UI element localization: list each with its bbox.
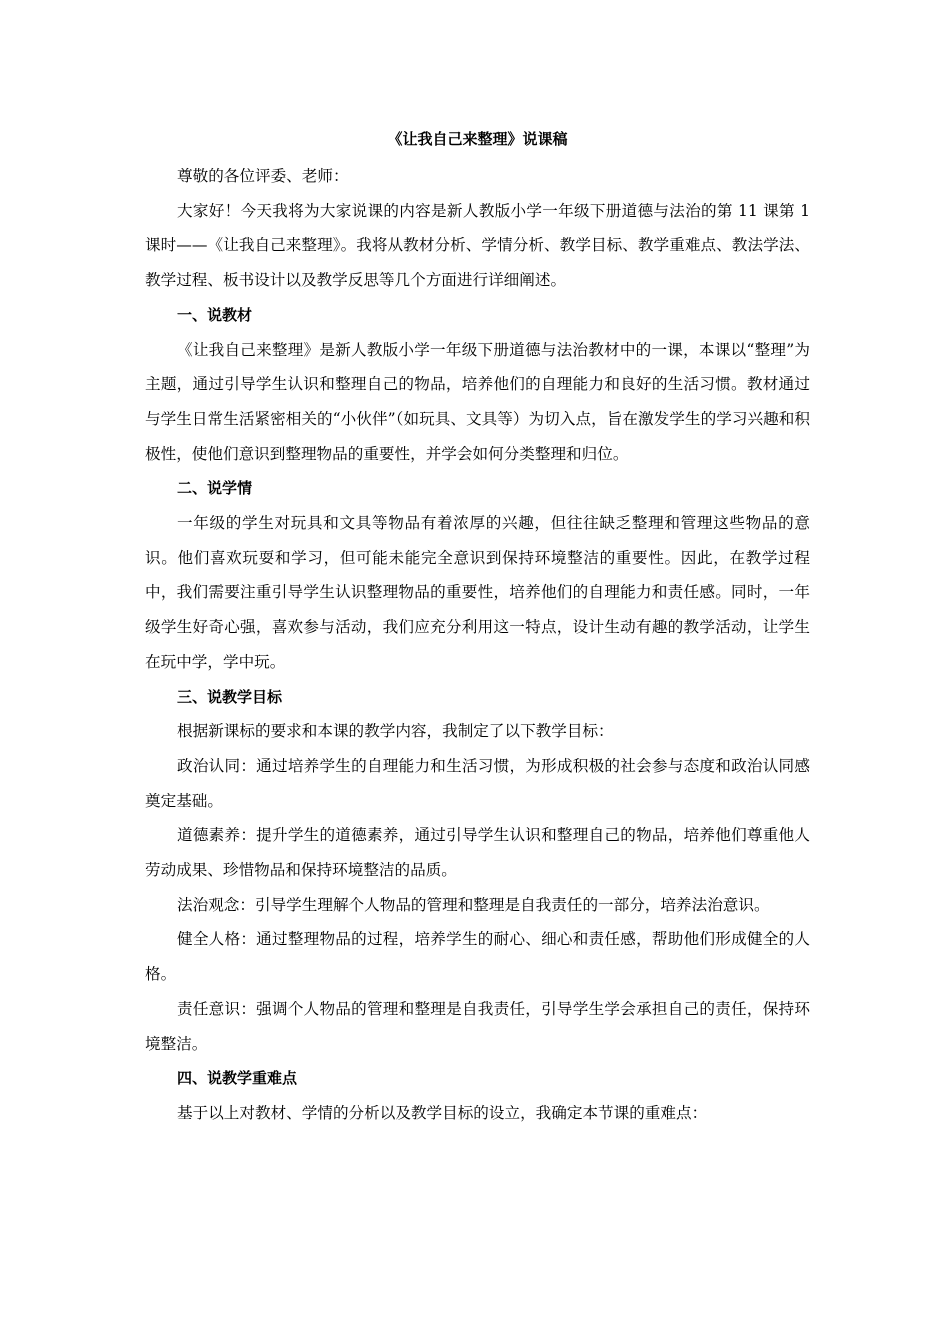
paragraph: 基于以上对教材、学情的分析以及教学目标的设立，我确定本节课的重难点： [145, 1096, 810, 1131]
section-heading-objectives: 三、说教学目标 [145, 680, 810, 715]
document-page: 《让我自己来整理》说课稿 尊敬的各位评委、老师： 大家好！今天我将为大家说课的内… [145, 125, 810, 1131]
section-heading-students: 二、说学情 [145, 471, 810, 506]
paragraph: 政治认同：通过培养学生的自理能力和生活习惯，为形成积极的社会参与态度和政治认同感… [145, 749, 810, 818]
section-heading-textbook: 一、说教材 [145, 298, 810, 333]
paragraph: 《让我自己来整理》是新人教版小学一年级下册道德与法治教材中的一课，本课以“整理”… [145, 333, 810, 472]
paragraph: 一年级的学生对玩具和文具等物品有着浓厚的兴趣，但往往缺乏整理和管理这些物品的意识… [145, 506, 810, 680]
paragraph: 健全人格：通过整理物品的过程，培养学生的耐心、细心和责任感，帮助他们形成健全的人… [145, 922, 810, 991]
intro-paragraph: 大家好！今天我将为大家说课的内容是新人教版小学一年级下册道德与法治的第 11 课… [145, 194, 810, 298]
paragraph: 责任意识：强调个人物品的管理和整理是自我责任，引导学生学会承担自己的责任，保持环… [145, 992, 810, 1061]
paragraph: 根据新课标的要求和本课的教学内容，我制定了以下教学目标： [145, 714, 810, 749]
greeting: 尊敬的各位评委、老师： [145, 159, 810, 194]
document-title: 《让我自己来整理》说课稿 [145, 125, 810, 153]
paragraph: 道德素养：提升学生的道德素养，通过引导学生认识和整理自己的物品，培养他们尊重他人… [145, 818, 810, 887]
section-heading-key-points: 四、说教学重难点 [145, 1061, 810, 1096]
paragraph: 法治观念：引导学生理解个人物品的管理和整理是自我责任的一部分，培养法治意识。 [145, 888, 810, 923]
